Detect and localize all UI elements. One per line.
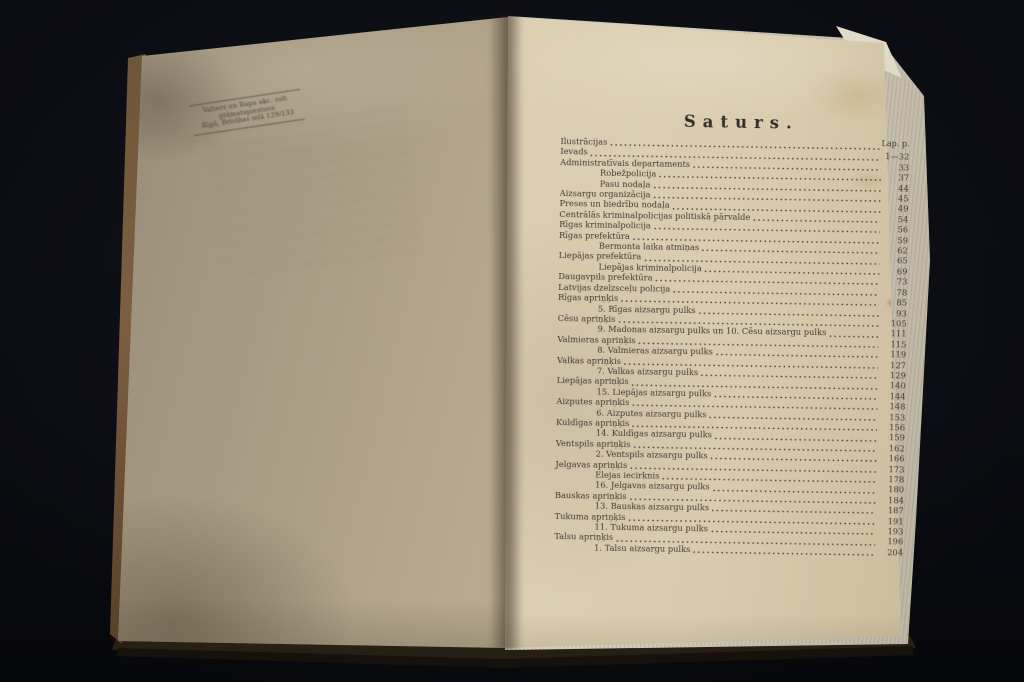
- toc-entry-label: Tukuma apriņķis: [555, 511, 626, 522]
- toc-entry-page-number: 37: [885, 172, 909, 182]
- toc-entry-page-number: 187: [880, 505, 904, 515]
- toc-entry-label: Rīgas prefektūra: [559, 230, 630, 241]
- toc-entry-label: Jelgavas apriņķis: [555, 459, 627, 470]
- toc-entry-page-number: 140: [882, 380, 906, 390]
- book-gutter-shadow: [489, 14, 523, 650]
- toc-entry-page-number: 156: [881, 422, 905, 432]
- toc-entry-page-number: 33: [885, 162, 909, 172]
- toc-entry-page-number: 62: [884, 245, 908, 255]
- toc-entry-page-number: 59: [884, 235, 908, 245]
- toc-entry-page-number: 129: [882, 370, 906, 380]
- toc-entry-page-number: 73: [883, 276, 907, 286]
- toc-entry-label: Valkas apriņķis: [557, 355, 621, 366]
- toc-entry-label: Ilustrācijas: [560, 136, 607, 147]
- toc-entry-page-number: 93: [883, 308, 907, 318]
- table-of-contents: Saturs. Lap. p. IlustrācijasIevads1—32Ad…: [554, 110, 910, 558]
- toc-entry-page-number: 196: [879, 536, 903, 546]
- toc-entry-page-number: 204: [879, 547, 903, 557]
- toc-entry-page-number: 85: [883, 297, 907, 307]
- toc-entry-page-number: 56: [884, 224, 908, 234]
- toc-entry-page-number: 173: [880, 464, 904, 474]
- toc-entry-page-number: 65: [884, 256, 908, 266]
- show-through-ghost-text: [207, 108, 424, 281]
- toc-entry-label: 1. Talsu aizsargu pulks: [554, 542, 690, 554]
- toc-rows: IlustrācijasIevads1—32Administratīvais d…: [554, 136, 909, 558]
- toc-entry-label: Talsu apriņķis: [554, 531, 613, 542]
- toc-entry-page-number: 159: [881, 432, 905, 442]
- toc-entry-page-number: 144: [881, 391, 905, 401]
- toc-entry-page-number: 45: [885, 193, 909, 203]
- page-title: Saturs.: [573, 110, 910, 134]
- toc-entry-label: Cēsu apriņķis: [558, 313, 616, 324]
- toc-entry-page-number: 69: [883, 266, 907, 276]
- toc-entry-page-number: 49: [884, 204, 908, 214]
- toc-entry-page-number: 115: [882, 339, 906, 349]
- toc-entry-page-number: 54: [884, 214, 908, 224]
- toc-entry-page-number: 148: [881, 401, 905, 411]
- toc-entry-page-number: 153: [881, 412, 905, 422]
- toc-entry-label: Ventspils apriņķis: [556, 438, 631, 449]
- toc-entry-page-number: 178: [880, 474, 904, 484]
- toc-entry-label: Liepājas prefektūra: [559, 250, 642, 261]
- toc-entry-page-number: 162: [881, 443, 905, 453]
- toc-entry-page-number: 191: [880, 516, 904, 526]
- toc-entry-page-number: 184: [880, 495, 904, 505]
- toc-entry-page-number: 105: [883, 318, 907, 328]
- toc-entry-page-number: 1—32: [885, 152, 909, 162]
- toc-entry-label: Liepājas apriņķis: [557, 375, 629, 386]
- toc-entry-label: Aizputes apriņķis: [556, 396, 629, 407]
- toc-entry-page-number: 44: [885, 183, 909, 193]
- toc-entry-page-number: 193: [879, 526, 903, 536]
- toc-entry-label: Bauskas apriņķis: [555, 490, 627, 501]
- toc-entry-label: Rīgas apriņķis: [558, 292, 618, 303]
- toc-entry-page-number: 180: [880, 484, 904, 494]
- toc-entry-page-number: 78: [883, 287, 907, 297]
- toc-entry-label: Kuldīgas apriņķis: [556, 417, 629, 428]
- toc-entry-page-number: 127: [882, 360, 906, 370]
- toc-entry-label: Ievads: [560, 146, 588, 156]
- toc-entry-label: Valmieras apriņķis: [557, 334, 635, 345]
- toc-entry-page-number: 119: [882, 349, 906, 359]
- dot-leader: [829, 328, 878, 339]
- toc-entry-page-number: 166: [880, 453, 904, 463]
- toc-entry-page-number: 111: [882, 328, 906, 338]
